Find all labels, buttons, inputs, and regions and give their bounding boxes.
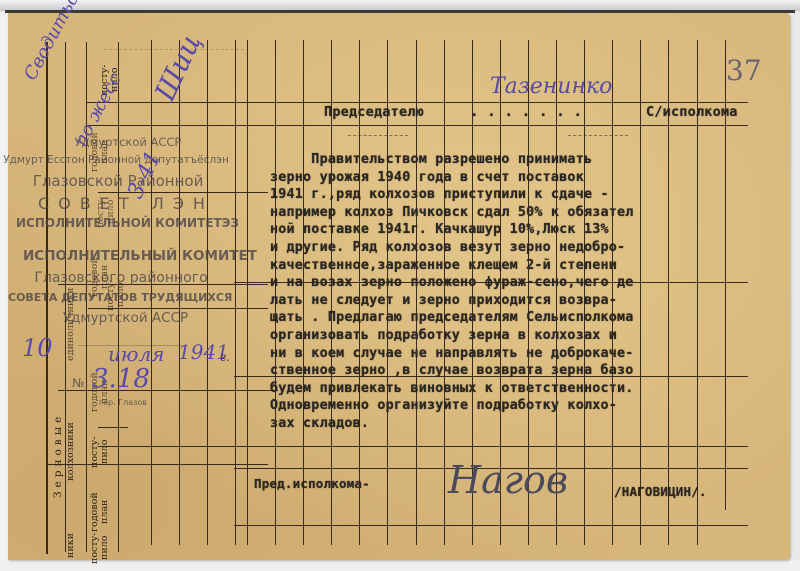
addressee-suffix: С/исполкома xyxy=(646,104,738,120)
stamp-line-5: ИСПОЛНИТЕЛЬНОЙ КОМИТЕТЭЗ xyxy=(16,216,228,230)
grid-horizontal-line xyxy=(234,446,748,447)
column-header-kolkhozniki-partial: ники xyxy=(66,528,76,563)
letter-body-line: Правительством разрешено принимать xyxy=(270,152,592,167)
column-header-postupilo: посту- пило xyxy=(90,422,110,482)
stamp-number: 3.18 xyxy=(92,364,150,394)
sheet-top-edge xyxy=(5,10,795,13)
document-sheet: Зерновые колхозники ники единоличники по… xyxy=(8,12,790,560)
grid-horizontal-line xyxy=(234,525,748,526)
scan-bottom-margin xyxy=(0,560,800,571)
stamp-line-9: Удмуртской АССР xyxy=(43,310,208,326)
letter-body-line: качественное,зараженное клещем 2-й степе… xyxy=(270,258,617,273)
letter-body-line: Одновременно организуйте подработку колх… xyxy=(270,398,617,413)
scan-left-margin xyxy=(0,12,8,571)
letter-body-line: лать не следует и зерно приходится возвр… xyxy=(270,293,617,308)
stamp-date-day: 10 xyxy=(22,334,53,362)
letter-body-line: ной поставке 1941г. Качкашур 10%,Люск 13… xyxy=(270,222,609,237)
letter-body-line: будем привлекать виновных к ответственно… xyxy=(270,381,634,396)
section-label-grain: Зерновые xyxy=(53,380,63,530)
letter-body-line: 1941 г.,ряд колхозов приступили к сдаче … xyxy=(270,187,609,202)
dotted-rule-1 xyxy=(348,135,408,136)
letter-body-line: зах складов. xyxy=(270,416,369,431)
addressee-prefix: Председателю xyxy=(324,104,424,120)
letter-body-line: например колхоз Пичковск сдал 50% к обяз… xyxy=(270,205,634,220)
dotted-rule-2 xyxy=(568,135,628,136)
column-header-postupilo-lower: посту- пило xyxy=(90,528,110,568)
letter-body-line: щать . Предлагаю председателям Сельиспол… xyxy=(270,310,634,325)
stamp-line-2: Удмурт Есстон Районной депутатъёслэн xyxy=(0,154,232,166)
stamp-city: гор. Глазов xyxy=(83,398,163,407)
stamp-date-suffix: г. xyxy=(220,350,230,364)
grid-horizontal-line xyxy=(46,464,268,465)
signatory-name: /НАГОВИЦИН/. xyxy=(614,484,707,499)
stamp-line-4: СОВЕТ ЛЭН xyxy=(38,194,208,213)
stamp-line-6: ИСПОЛНИТЕЛЬНЫЙ КОМИТЕТ xyxy=(23,248,223,264)
page-number: 37 xyxy=(726,54,762,87)
stamp-line-3: Глазовской Районной xyxy=(13,172,223,190)
column-header-kolkhozniki: колхозники xyxy=(66,412,76,492)
stamp-number-label: № xyxy=(72,376,84,390)
stamp-line-8: СОВЕТА ДЕПУТАТОВ ТРУДЯЩИХСЯ xyxy=(8,291,230,304)
letter-body-line: зерно урожая 1940 года в счет поставок xyxy=(270,170,584,185)
stamp-date-month: июля xyxy=(108,342,164,366)
letter-body-line: ни в коем случае не направлять не доброк… xyxy=(270,346,634,361)
stamp-line-7: Глазовского районного xyxy=(16,270,226,286)
signatory-title: Пред.исполкома- xyxy=(254,476,370,491)
addressee-dots: . . . . . . . xyxy=(470,104,582,120)
letter-body-line: и другие. Ряд колхозов везут зерно недоб… xyxy=(270,240,625,255)
grid-horizontal-line xyxy=(234,125,748,126)
letter-body-line: организовать подработку зерна в колхозах… xyxy=(270,328,617,343)
dotted-rule-left xyxy=(104,49,244,50)
letter-body-line: и на возах зерно положено фураж-сено,чег… xyxy=(270,275,634,290)
marginal-signature: Шиц xyxy=(148,29,207,106)
letter-body-line: ственное зерно ,в случае возврата зерна … xyxy=(270,363,634,378)
signature-handwritten: Нагов xyxy=(448,458,568,502)
addressee-handwritten-name: Тазенинко xyxy=(490,74,612,99)
stamp-line-1: Удмуртской АССР xyxy=(33,135,223,149)
